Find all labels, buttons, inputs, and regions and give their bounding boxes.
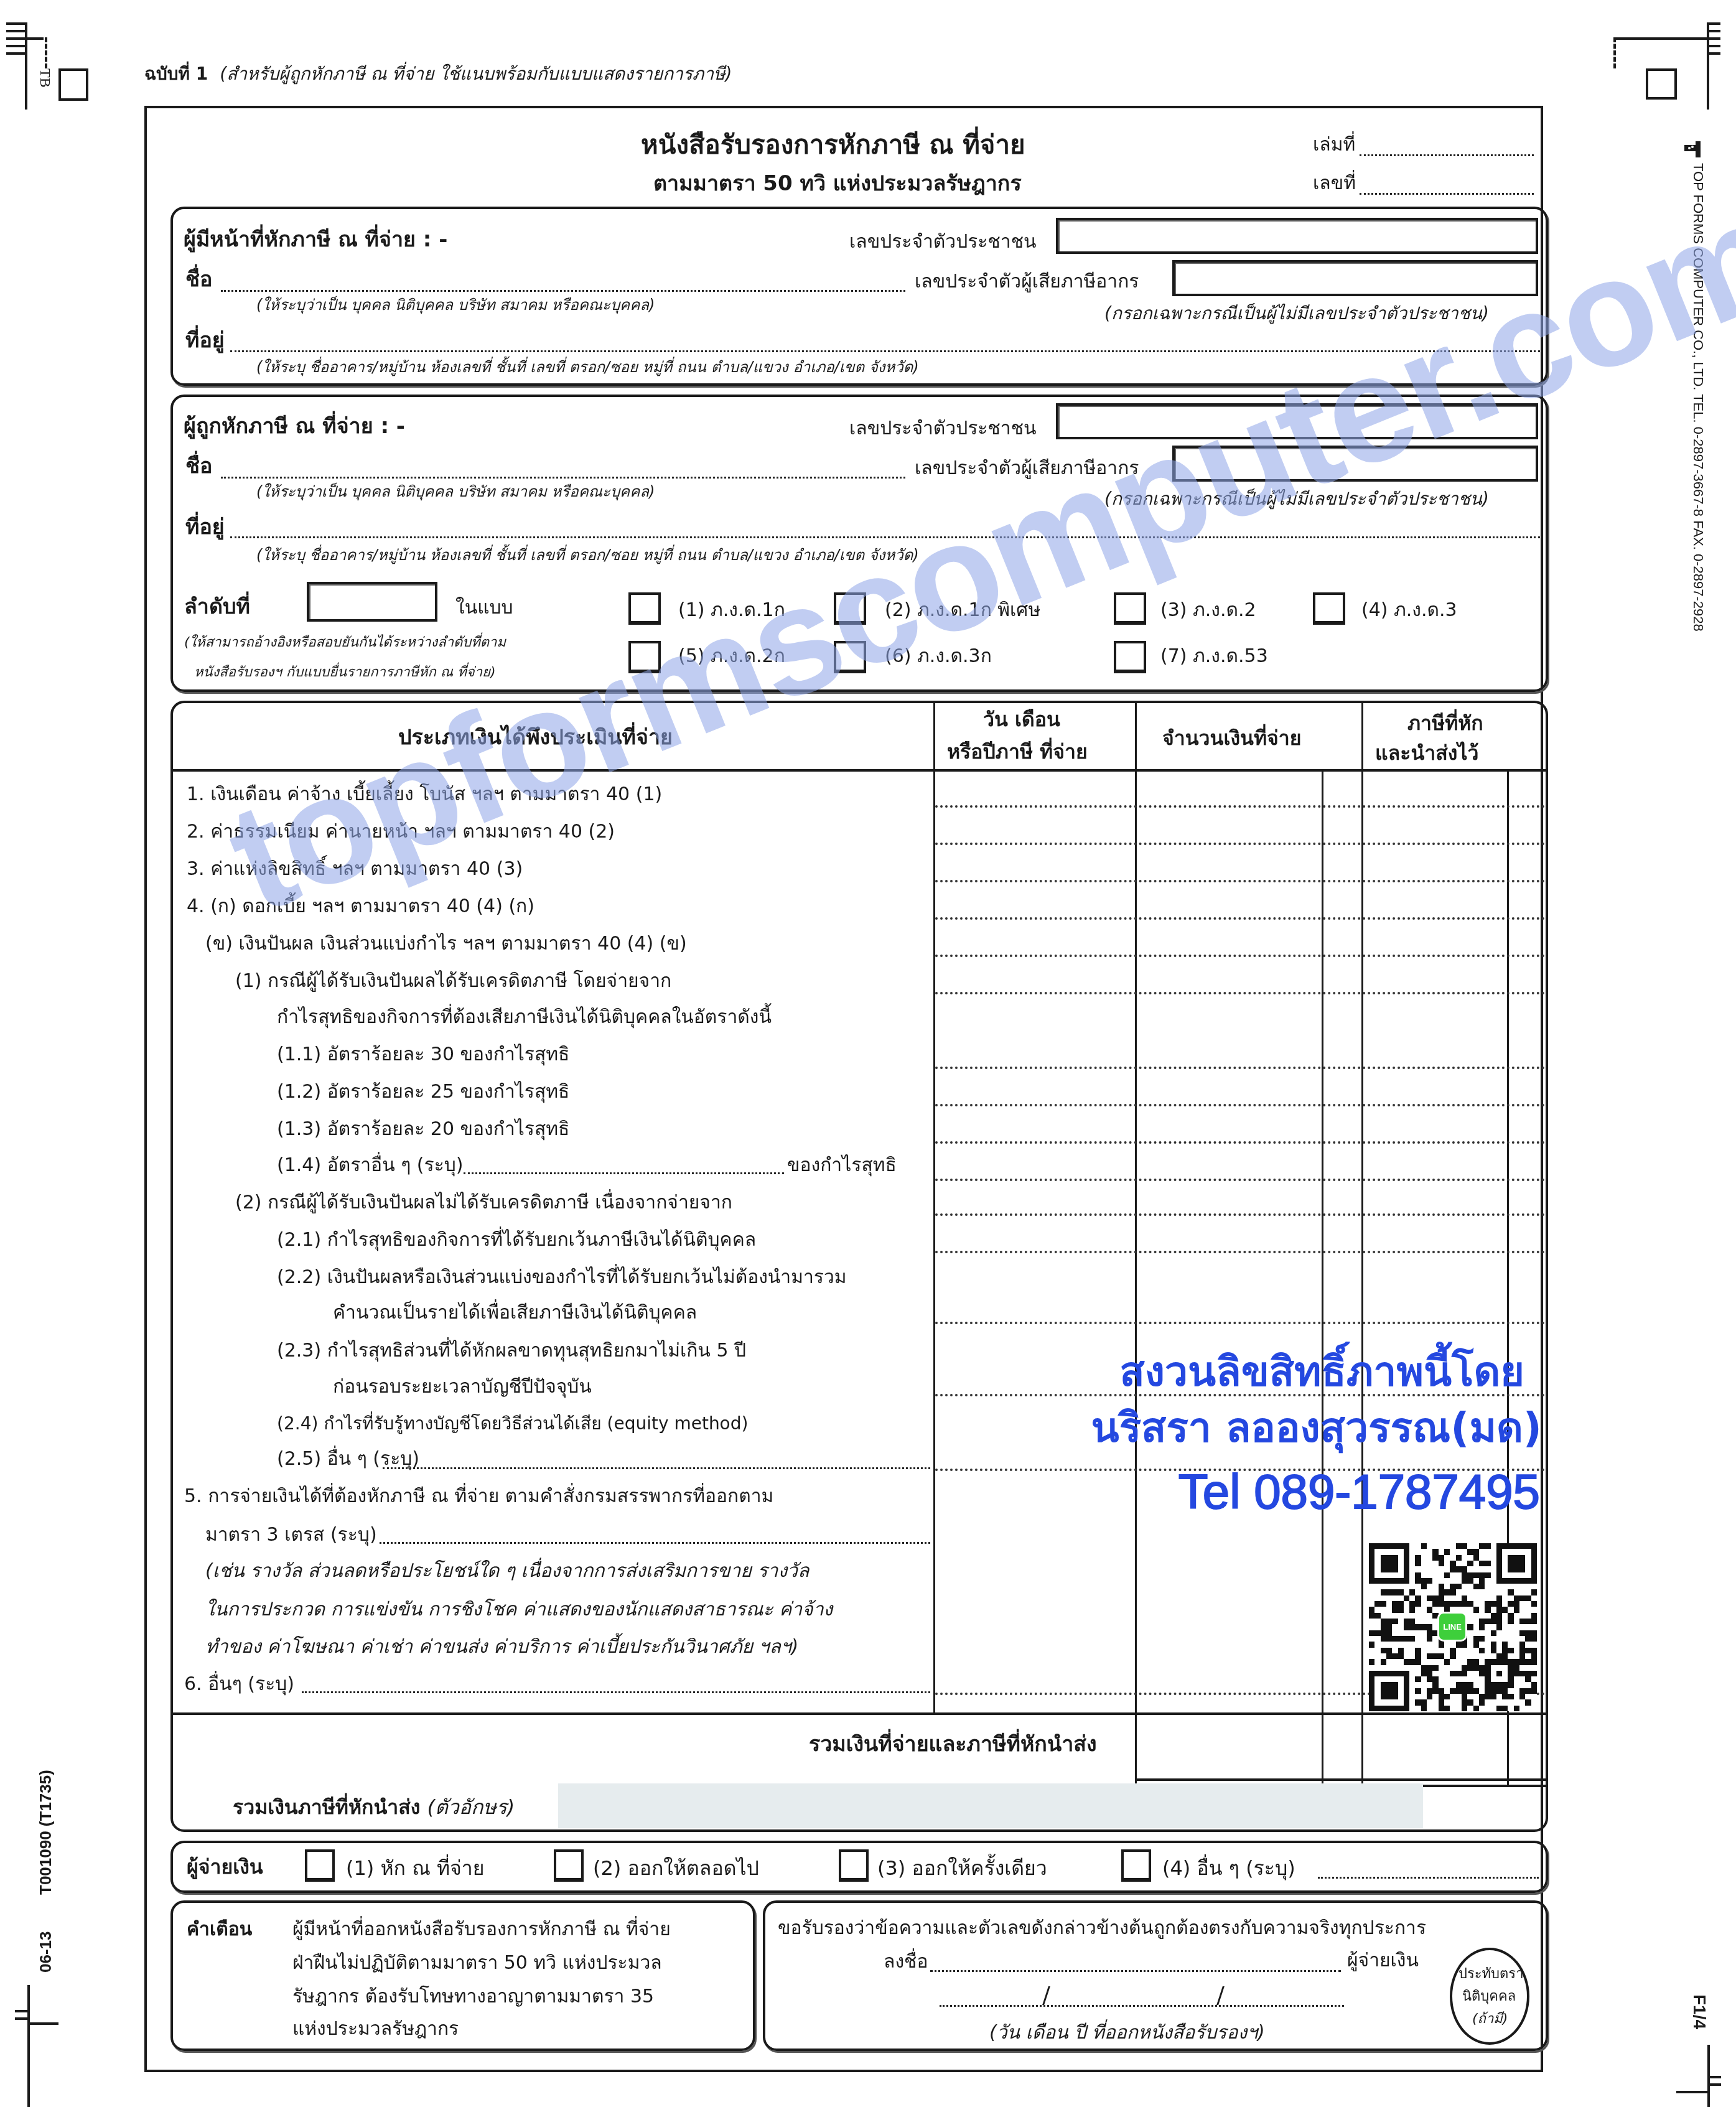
form-option-1-checkbox[interactable] [628,592,661,625]
table-row[interactable] [935,880,1545,882]
table-header-divider [172,769,1547,772]
sign-label: ลงชื่อ [884,1953,928,1971]
sequence-hint-2: หนังสือรับรองฯ กับแบบยื่นรายการภาษีหัก ณ… [194,666,496,680]
form-subtitle: ตามมาตรา 50 ทวิ แห่งประมวลรัษฎากร [653,173,1022,194]
copy-note: (สำหรับผู้ถูกหักภาษี ณ ที่จ่าย ใช้แนบพร้… [220,63,732,84]
table-row[interactable] [935,805,1545,808]
warning-line-2: ฝ่าฝืนไม่ปฏิบัติตามมาตรา 50 ทวิ แห่งประม… [292,1954,662,1973]
top-right-checkbox[interactable] [1646,68,1677,100]
payer-type-option-4-checkbox[interactable] [1121,1849,1151,1882]
sign-suffix: ผู้จ่ายเงิน [1347,1951,1419,1970]
table-row[interactable] [935,843,1545,845]
payee-name-hint: (ให้ระบุว่าเป็น บุคคล นิติบุคคล บริษัท ส… [256,484,655,499]
table-row[interactable] [935,1251,1545,1253]
col-header-date-2: หรือปีภาษี ที่จ่าย [947,742,1088,762]
income-type-line: ทำของ ค่าโฆษณา ค่าเช่า ค่าขนส่ง ค่าบริกา… [205,1638,798,1656]
specify-field[interactable] [383,1467,930,1469]
book-no-label: เล่มที่ [1313,134,1355,156]
income-type-line: (ข) เงินปันผล เงินส่วนแบ่งกำไร ฯลฯ ตามมา… [205,935,687,953]
income-type-line: (เช่น รางวัล ส่วนลดหรือประโยชน์ใด ๆ เนื่… [205,1562,809,1581]
form-option-3-checkbox[interactable] [1114,592,1146,625]
payer-heading: ผู้มีหน้าที่หักภาษี ณ ที่จ่าย : - [184,229,447,250]
payer-name-hint: (ให้ระบุว่าเป็น บุคคล นิติบุคคล บริษัท ส… [256,297,655,312]
income-type-line: 1. เงินเดือน ค่าจ้าง เบี้ยเลี้ยง โบนัส ฯ… [187,785,662,804]
form-option-6-checkbox[interactable] [834,641,866,673]
payee-tax-id-label: เลขประจำตัวผู้เสียภาษีอากร [915,459,1139,478]
table-row[interactable] [935,992,1545,994]
col-header-type: ประเภทเงินได้พึงประเมินที่จ่าย [398,727,673,748]
income-type-line: 3. ค่าแห่งลิขสิทธิ์ ฯลฯ ตามมาตรา 40 (3) [187,860,523,879]
table-row[interactable] [935,917,1545,920]
income-type-line: คำนวณเป็นรายได้เพื่อเสียภาษีเงินได้นิติบ… [333,1304,697,1322]
form-option-3-label: (3) ภ.ง.ด.2 [1160,601,1256,620]
table-row[interactable] [935,1104,1545,1106]
date-code: 06-13 [37,1932,54,1973]
payee-name-label: ชื่อ [185,456,213,477]
sheet-code: F1/4 [1691,1994,1708,2029]
col-header-date-1: วัน เดือน [983,709,1060,729]
income-type-line: (1) กรณีผู้ได้รับเงินปันผลได้รับเครดิตภา… [235,972,671,991]
col-header-tax-2: และนำส่งไว้ [1375,743,1478,763]
specify-field[interactable] [380,1542,930,1544]
signature-field[interactable] [930,1970,1341,1972]
total-text-label: รวมเงินภาษีที่หักนำส่ง (ตัวอักษร) [233,1797,515,1817]
form-title: หนังสือรับรองการหักภาษี ณ ที่จ่าย [641,132,1025,158]
total-text-label-suffix: (ตัวอักษร) [427,1795,515,1819]
stamp-line-2: นิติบุคคล [1462,1990,1516,2004]
payee-heading: ผู้ถูกหักภาษี ณ ที่จ่าย : - [184,416,405,437]
col-divider-tax [1361,703,1363,1786]
payer-name-field[interactable] [221,290,905,292]
income-type-line: (1.4) อัตราอื่น ๆ (ระบุ) [277,1156,464,1175]
payer-citizen-id-field[interactable] [1056,218,1538,254]
income-type-line: ในการประกวด การแข่งขัน การชิงโชค ค่าแสดง… [205,1600,833,1619]
income-type-line: (2.1) กำไรสุทธิของกิจการที่ได้รับยกเว้นภ… [277,1231,756,1250]
income-type-line: (1.2) อัตราร้อยละ 25 ของกำไรสุทธิ [277,1083,569,1101]
form-option-2-checkbox[interactable] [834,592,866,625]
total-double-line-1 [1136,1778,1547,1781]
total-text-field[interactable] [558,1783,1423,1828]
payer-name-label: ชื่อ [185,269,213,290]
specify-field[interactable] [464,1172,784,1174]
income-type-line: 2. ค่าธรรมเนียม ค่านายหน้า ฯลฯ ตามมาตรา … [187,823,615,841]
income-type-line: มาตรา 3 เตรส (ระบุ) [205,1526,377,1544]
payer-type-option-1-checkbox[interactable] [305,1849,335,1882]
payee-name-field[interactable] [221,477,905,479]
line-app-icon: LINE [1437,1612,1467,1642]
income-type-line: (2.4) กำไรที่รับรู้ทางบัญชีโดยวิธีส่วนได… [277,1415,748,1432]
book-no: เล่มที่ [1313,136,1355,154]
topforms-logo-icon [1683,140,1702,159]
total-tax-cell[interactable] [1363,1715,1546,1777]
doc-no: เลขที่ [1313,174,1356,193]
table-row[interactable] [935,1213,1545,1216]
form-option-5-checkbox[interactable] [628,641,661,673]
payer-type-option-1-label: (1) หัก ณ ที่จ่าย [346,1858,485,1878]
payee-address-field[interactable] [230,536,1540,538]
payer-citizen-id-label: เลขประจำตัวประชาชน [849,233,1037,251]
income-type-line: (2.3) กำไรสุทธิส่วนที่ได้หักผลขาดทุนสุทธ… [277,1342,746,1360]
payer-type-option-2-checkbox[interactable] [554,1849,584,1882]
payee-tax-id-field[interactable] [1172,446,1538,482]
payer-type-option-3-label: (3) ออกให้ครั้งเดียว [877,1858,1047,1878]
promo-line-1: สงวนลิขสิทธิ์ภาพนี้โดย [1120,1352,1525,1393]
col-header-tax-1: ภาษีที่หัก [1407,713,1483,733]
in-form-label: ในแบบ [455,599,513,617]
tb-checkbox[interactable] [58,68,88,101]
income-type-line: 5. การจ่ายเงินได้ที่ต้องหักภาษี ณ ที่จ่า… [184,1487,773,1506]
copy-label: ฉบับที่ 1 (สำหรับผู้ถูกหักภาษี ณ ที่จ่าย… [144,65,732,83]
income-type-line: (2) กรณีผู้ได้รับเงินปันผลไม่ได้รับเครดิ… [235,1194,732,1212]
total-amount-cell[interactable] [1136,1715,1360,1777]
line-qr-code[interactable]: LINE [1369,1543,1537,1711]
col-divider-amount-sub [1322,770,1323,1786]
form-option-4-label: (4) ภ.ง.ด.3 [1361,601,1457,620]
warning-line-1: ผู้มีหน้าที่ออกหนังสือรับรองการหักภาษี ณ… [292,1920,671,1939]
promo-line-3: Tel 089-1787495 [1178,1467,1540,1516]
payee-tax-id-hint: (กรอกเฉพาะกรณีเป็นผู้ไม่มีเลขประจำตัวประ… [1104,490,1489,508]
payer-address-hint: (ให้ระบุ ชื่ออาคาร/หมู่บ้าน ห้องเลขที่ ช… [256,360,919,375]
payer-type-option-3-checkbox[interactable] [839,1849,869,1882]
form-option-1-label: (1) ภ.ง.ด.1ก [678,601,785,620]
table-row[interactable] [935,1141,1545,1144]
payee-address-label: ที่อยู่ [185,516,225,538]
payee-address-hint: (ให้ระบุ ชื่ออาคาร/หมู่บ้าน ห้องเลขที่ ช… [256,548,919,563]
promo-line-2: นริสรา ลอองสุวรรณ(มด) [1091,1408,1542,1449]
payer-tax-id-label: เลขประจำตัวผู้เสียภาษีอากร [915,273,1139,291]
income-type-line: (2.2) เงินปันผลหรือเงินส่วนแบ่งของกำไรที… [277,1268,847,1287]
payer-tax-id-field[interactable] [1172,260,1538,296]
sequence-label: ลำดับที่ [184,596,250,617]
doc-no-label: เลขที่ [1313,172,1356,194]
col-divider-amount [1135,703,1137,1786]
warning-line-4: แห่งประมวลรัษฎากร [292,2020,459,2039]
payee-citizen-id-label: เลขประจำตัวประชาชน [849,419,1037,438]
payee-citizen-id-field[interactable] [1056,403,1538,439]
certification-statement: ขอรับรองว่าข้อความและตัวเลขดังกล่าวข้างต… [778,1919,1426,1938]
payer-type-label: ผู้จ่ายเงิน [187,1857,263,1877]
income-type-line: กำไรสุทธิของกิจการที่ต้องเสียภาษีเงินได้… [277,1008,772,1027]
table-row[interactable] [935,955,1545,957]
payer-address-label: ที่อยู่ [185,330,225,351]
income-type-line: ของกำไรสุทธิ [787,1156,897,1175]
warning-label: คำเตือน [187,1920,252,1939]
stamp-line-1: ประทับตรา [1458,1968,1524,1981]
table-row[interactable] [935,1322,1545,1324]
warning-line-3: รัษฎากร ต้องรับโทษทางอาญาตามมาตรา 35 [292,1988,654,2006]
payer-type-other-field[interactable] [1318,1877,1539,1879]
issue-date-hint: (วัน เดือน ปี ที่ออกหนังสือรับรองฯ) [989,2024,1265,2042]
income-type-line: (2.5) อื่น ๆ (ระบุ) [277,1450,419,1469]
total-text-label-main: รวมเงินภาษีที่หักนำส่ง [233,1795,420,1819]
stamp-line-3: (ถ้ามี) [1472,2012,1508,2026]
doc-no-field[interactable] [1360,193,1534,195]
table-row[interactable] [935,1179,1545,1181]
form-option-7-checkbox[interactable] [1114,641,1146,673]
income-type-line: 6. อื่นๆ (ระบุ) [184,1675,294,1694]
form-option-7-label: (7) ภ.ง.ด.53 [1160,647,1268,666]
tb-label: TB [37,68,52,88]
table-row[interactable] [935,1067,1545,1069]
income-type-line: (1.3) อัตราร้อยละ 20 ของกำไรสุทธิ [277,1120,569,1139]
sequence-field[interactable] [307,582,437,622]
form-option-6-label: (6) ภ.ง.ด.3ก [885,647,992,666]
company-info: TOP FORMS COMPUTER CO., LTD. TEL. 0-2897… [1691,163,1705,632]
col-divider-date [933,703,935,1714]
total-label: รวมเงินที่จ่ายและภาษีที่หักนำส่ง [809,1734,1097,1755]
copy-number: ฉบับที่ 1 [144,63,208,84]
sequence-hint-1: (ให้สามารถอ้างอิงหรือสอบยันกันได้ระหว่าง… [184,636,506,650]
payer-type-option-4-label: (4) อื่น ๆ (ระบุ) [1162,1858,1295,1878]
income-type-line: (1.1) อัตราร้อยละ 30 ของกำไรสุทธิ [277,1045,569,1064]
form-option-2-label: (2) ภ.ง.ด.1ก พิเศษ [885,601,1040,620]
income-type-line: ก่อนรอบระยะเวลาบัญชีปีปัจจุบัน [333,1378,592,1396]
form-option-5-label: (5) ภ.ง.ด.2ก [678,647,785,666]
form-option-4-checkbox[interactable] [1313,592,1345,625]
payer-type-option-2-label: (2) ออกให้ตลอดไป [593,1858,759,1878]
book-no-field[interactable] [1360,154,1534,156]
issue-date-field[interactable] [940,2005,1344,2007]
income-type-line: 4. (ก) ดอกเบี้ย ฯลฯ ตามมาตรา 40 (4) (ก) [187,897,534,916]
specify-field[interactable] [302,1691,930,1693]
payer-tax-id-hint: (กรอกเฉพาะกรณีเป็นผู้ไม่มีเลขประจำตัวประ… [1104,305,1489,322]
form-code: T001090 (T1735) [37,1770,54,1895]
payer-address-field[interactable] [230,350,1540,352]
col-header-amount: จำนวนเงินที่จ่าย [1162,728,1301,748]
